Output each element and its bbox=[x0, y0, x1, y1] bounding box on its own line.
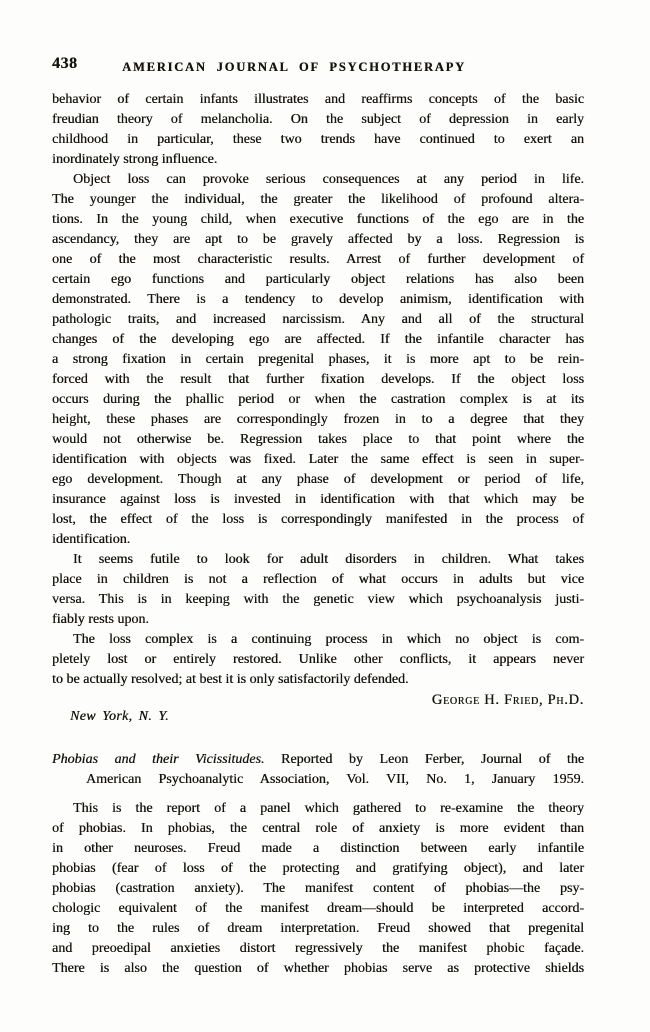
text-line: childhood in particular, these two trend… bbox=[52, 130, 584, 150]
text-line: occurs during the phallic period or when… bbox=[52, 390, 584, 410]
text-line: This is the report of a panel which gath… bbox=[52, 799, 584, 819]
text-line: identification. bbox=[52, 530, 584, 550]
paragraph: behavior of certain infants illustrates … bbox=[52, 90, 584, 170]
review-title: Phobias and their Vicissitudes. bbox=[52, 752, 264, 767]
abstract-two-body: This is the report of a panel which gath… bbox=[52, 799, 584, 979]
text-line: behavior of certain infants illustrates … bbox=[52, 90, 584, 110]
paragraph: Object loss can provoke serious conseque… bbox=[52, 170, 584, 550]
text-line: would not otherwise be. Regression takes… bbox=[52, 430, 584, 450]
text-line: phobias (fear of loss of the protecting … bbox=[52, 859, 584, 879]
author-name: George H. Fried, Ph.D. bbox=[52, 692, 584, 709]
text-line: certain ego functions and particularly o… bbox=[52, 270, 584, 290]
text-line: lost, the effect of the loss is correspo… bbox=[52, 510, 584, 530]
paragraph: The loss complex is a continuing process… bbox=[52, 630, 584, 690]
text-line: forced with the result that further fixa… bbox=[52, 370, 584, 390]
text-line: a strong fixation in certain pregenital … bbox=[52, 350, 584, 370]
text-line: in other neuroses. Freud made a distinct… bbox=[52, 839, 584, 859]
text-line: identification with objects was fixed. L… bbox=[52, 450, 584, 470]
text-line: ascendancy, they are apt to be gravely a… bbox=[52, 230, 584, 250]
author-signature: George H. Fried, Ph.D. New York, N. Y. bbox=[52, 692, 584, 725]
text-line: versa. This is in keeping with the genet… bbox=[52, 590, 584, 610]
text-line: The younger the individual, the greater … bbox=[52, 190, 584, 210]
text-line: The loss complex is a continuing process… bbox=[52, 630, 584, 650]
text-line: pathologic traits, and increased narciss… bbox=[52, 310, 584, 330]
text-line: changes of the developing ego are affect… bbox=[52, 330, 584, 350]
page-content: behavior of certain infants illustrates … bbox=[52, 90, 584, 979]
text-line: one of the most characteristic results. … bbox=[52, 250, 584, 270]
paragraph: It seems futile to look for adult disord… bbox=[52, 550, 584, 630]
text-line: phobias (castration anxiety). The manife… bbox=[52, 879, 584, 899]
author-location: New York, N. Y. bbox=[52, 708, 584, 725]
review-citation-line2: American Psychoanalytic Association, Vol… bbox=[52, 770, 584, 790]
journal-page: 438 AMERICAN JOURNAL OF PSYCHOTHERAPY be… bbox=[0, 0, 650, 1032]
text-line: chologic equivalent of the manifest drea… bbox=[52, 899, 584, 919]
text-line: There is also the question of whether ph… bbox=[52, 959, 584, 979]
text-line: freudian theory of melancholia. On the s… bbox=[52, 110, 584, 130]
review-citation: Reported by Leon Ferber, Journal of the bbox=[281, 752, 584, 767]
journal-title: AMERICAN JOURNAL OF PSYCHOTHERAPY bbox=[122, 60, 466, 75]
text-line: height, these phases are correspondingly… bbox=[52, 410, 584, 430]
paragraph: This is the report of a panel which gath… bbox=[52, 799, 584, 979]
text-line: pletely lost or entirely restored. Unlik… bbox=[52, 650, 584, 670]
page-number: 438 bbox=[52, 55, 78, 73]
review-heading: Phobias and their Vicissitudes. Reported… bbox=[52, 750, 584, 790]
text-line: place in children is not a reflection of… bbox=[52, 570, 584, 590]
text-line: fiably rests upon. bbox=[52, 610, 584, 630]
text-line: tions. In the young child, when executiv… bbox=[52, 210, 584, 230]
text-line: to be actually resolved; at best it is o… bbox=[52, 670, 584, 690]
text-line: and preoedipal anxieties distort regress… bbox=[52, 939, 584, 959]
text-line: inordinately strong influence. bbox=[52, 150, 584, 170]
text-line: demonstrated. There is a tendency to dev… bbox=[52, 290, 584, 310]
text-line: of phobias. In phobias, the central role… bbox=[52, 819, 584, 839]
text-line: insurance against loss is invested in id… bbox=[52, 490, 584, 510]
review-heading-line1: Phobias and their Vicissitudes. Reported… bbox=[52, 750, 584, 770]
text-line: ing to the rules of dream interpretation… bbox=[52, 919, 584, 939]
text-line: ego development. Though at any phase of … bbox=[52, 470, 584, 490]
text-line: It seems futile to look for adult disord… bbox=[52, 550, 584, 570]
abstract-one-body: behavior of certain infants illustrates … bbox=[52, 90, 584, 690]
text-line: Object loss can provoke serious conseque… bbox=[52, 170, 584, 190]
